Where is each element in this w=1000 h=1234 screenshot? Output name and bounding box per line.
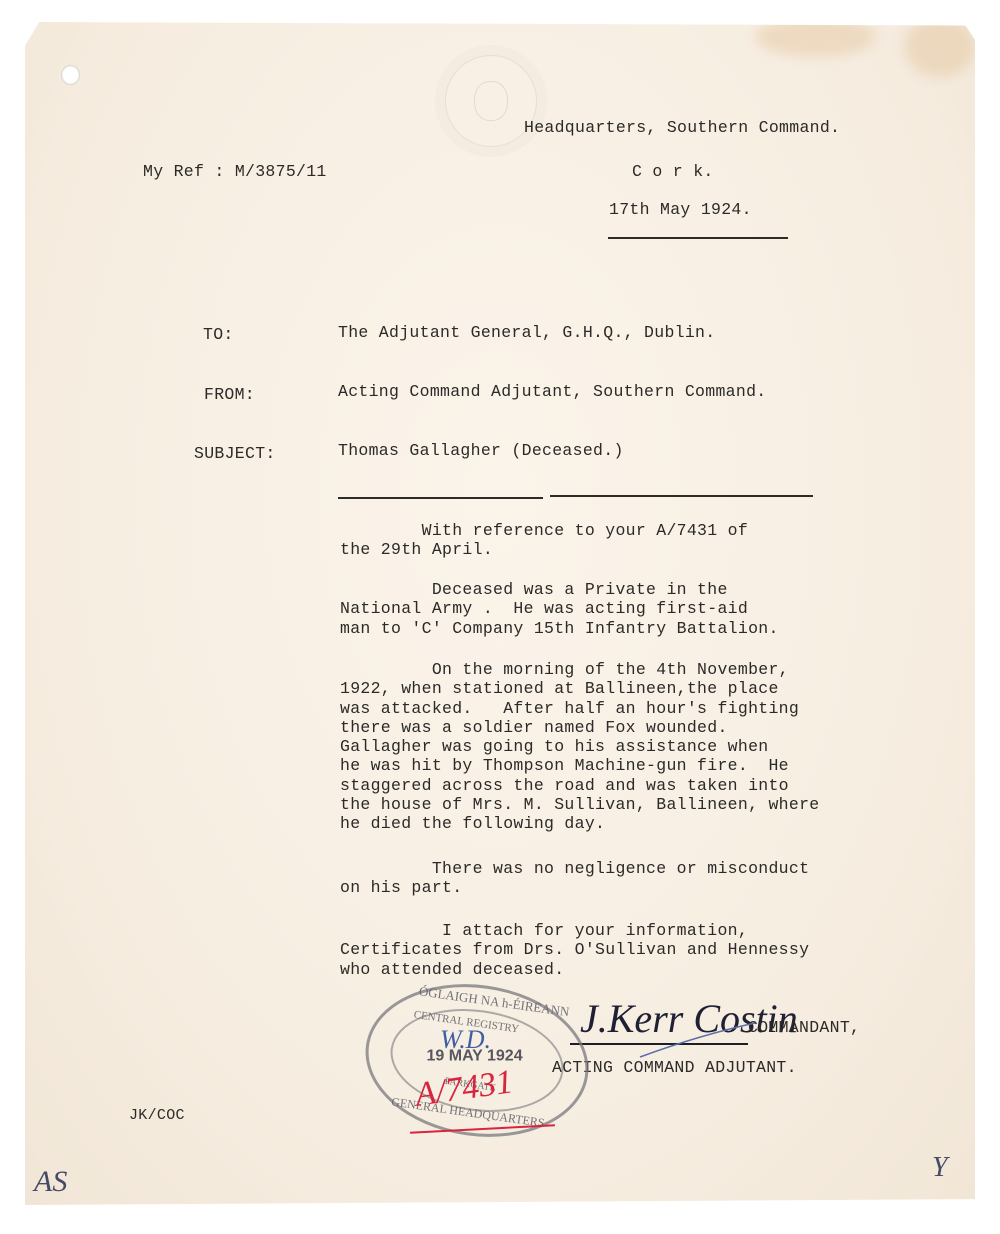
- from-label: FROM:: [204, 385, 255, 404]
- body-paragraph-4: There was no negligence or misconduct on…: [340, 859, 809, 898]
- subject-rule-right: [550, 495, 813, 497]
- from-value: Acting Command Adjutant, Southern Comman…: [338, 382, 766, 401]
- pencil-mark-right: Y: [932, 1152, 948, 1184]
- to-value: The Adjutant General, G.H.Q., Dublin.: [338, 323, 715, 342]
- subject-label: SUBJECT:: [194, 444, 276, 463]
- to-label: TO:: [203, 325, 234, 344]
- address-line-2: C o r k.: [632, 162, 714, 181]
- subject-rule-left: [338, 497, 543, 499]
- body-paragraph-1: With reference to your A/7431 of the 29t…: [340, 521, 748, 560]
- letter-date: 17th May 1924.: [609, 200, 752, 219]
- blue-initials: W.D.: [440, 1025, 491, 1055]
- typist-reference: JK/COC: [129, 1107, 185, 1124]
- date-underline: [608, 237, 788, 239]
- my-reference: My Ref : M/3875/11: [143, 162, 327, 181]
- pencil-mark-left: AS: [34, 1165, 67, 1199]
- subject-value: Thomas Gallagher (Deceased.): [338, 441, 624, 460]
- pencil-stroke-icon: [630, 1015, 760, 1060]
- signatory-rank: COMMANDANT,: [748, 1018, 860, 1037]
- punch-hole: [61, 65, 80, 85]
- body-paragraph-3: On the morning of the 4th November, 1922…: [340, 660, 819, 834]
- body-paragraph-2: Deceased was a Private in the National A…: [340, 580, 779, 638]
- body-paragraph-5: I attach for your information, Certifica…: [340, 921, 809, 979]
- signatory-title: ACTING COMMAND ADJUTANT.: [552, 1058, 797, 1077]
- age-stain: [905, 17, 975, 77]
- age-stain: [755, 17, 875, 57]
- address-line-1: Headquarters, Southern Command.: [524, 118, 840, 137]
